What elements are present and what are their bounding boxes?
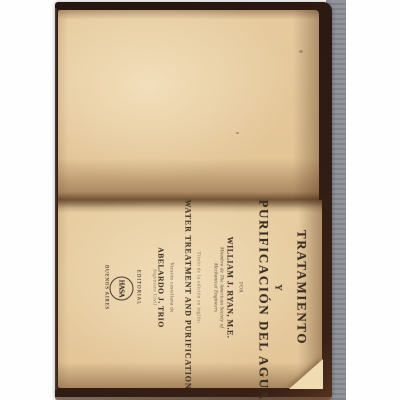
publisher-logo-monogram: HASA (118, 280, 126, 297)
page-speck (236, 132, 239, 134)
book-title-line2: Y (274, 200, 284, 376)
blank-verso-page (58, 10, 319, 200)
book-title-line1: TRATAMIENTO (294, 200, 310, 376)
author-credentials-line1: Miembro de The American Society of (219, 200, 224, 376)
page-speck (299, 50, 303, 53)
book-photo: TRATAMIENTO Y PURIFICACIÓN DEL AGUA POR … (0, 0, 400, 400)
original-title-label: Título de la edición en inglés: (196, 200, 201, 376)
author-name: WILLIAM J. RYAN, M.E. (226, 200, 235, 376)
publisher-city: BUENOS AIRES (104, 200, 109, 376)
translator-name: ABELARDO J. TRIO (157, 200, 166, 376)
translator-title: Ingeniero Civil (152, 200, 157, 376)
title-page-text-block: TRATAMIENTO Y PURIFICACIÓN DEL AGUA POR … (58, 200, 321, 388)
author-credentials-line2: Mechanical Engineers (213, 200, 218, 376)
byline-label: POR (238, 200, 243, 376)
publisher-name: EDITORIAL (136, 200, 141, 376)
publisher-hasa-logo-icon: HASA (110, 277, 134, 301)
translation-label: Versión castellana de (169, 200, 174, 376)
book-title-line3: PURIFICACIÓN DEL AGUA (256, 200, 272, 376)
original-title: WATER TREATMENT AND PURIFICATION (184, 200, 193, 376)
